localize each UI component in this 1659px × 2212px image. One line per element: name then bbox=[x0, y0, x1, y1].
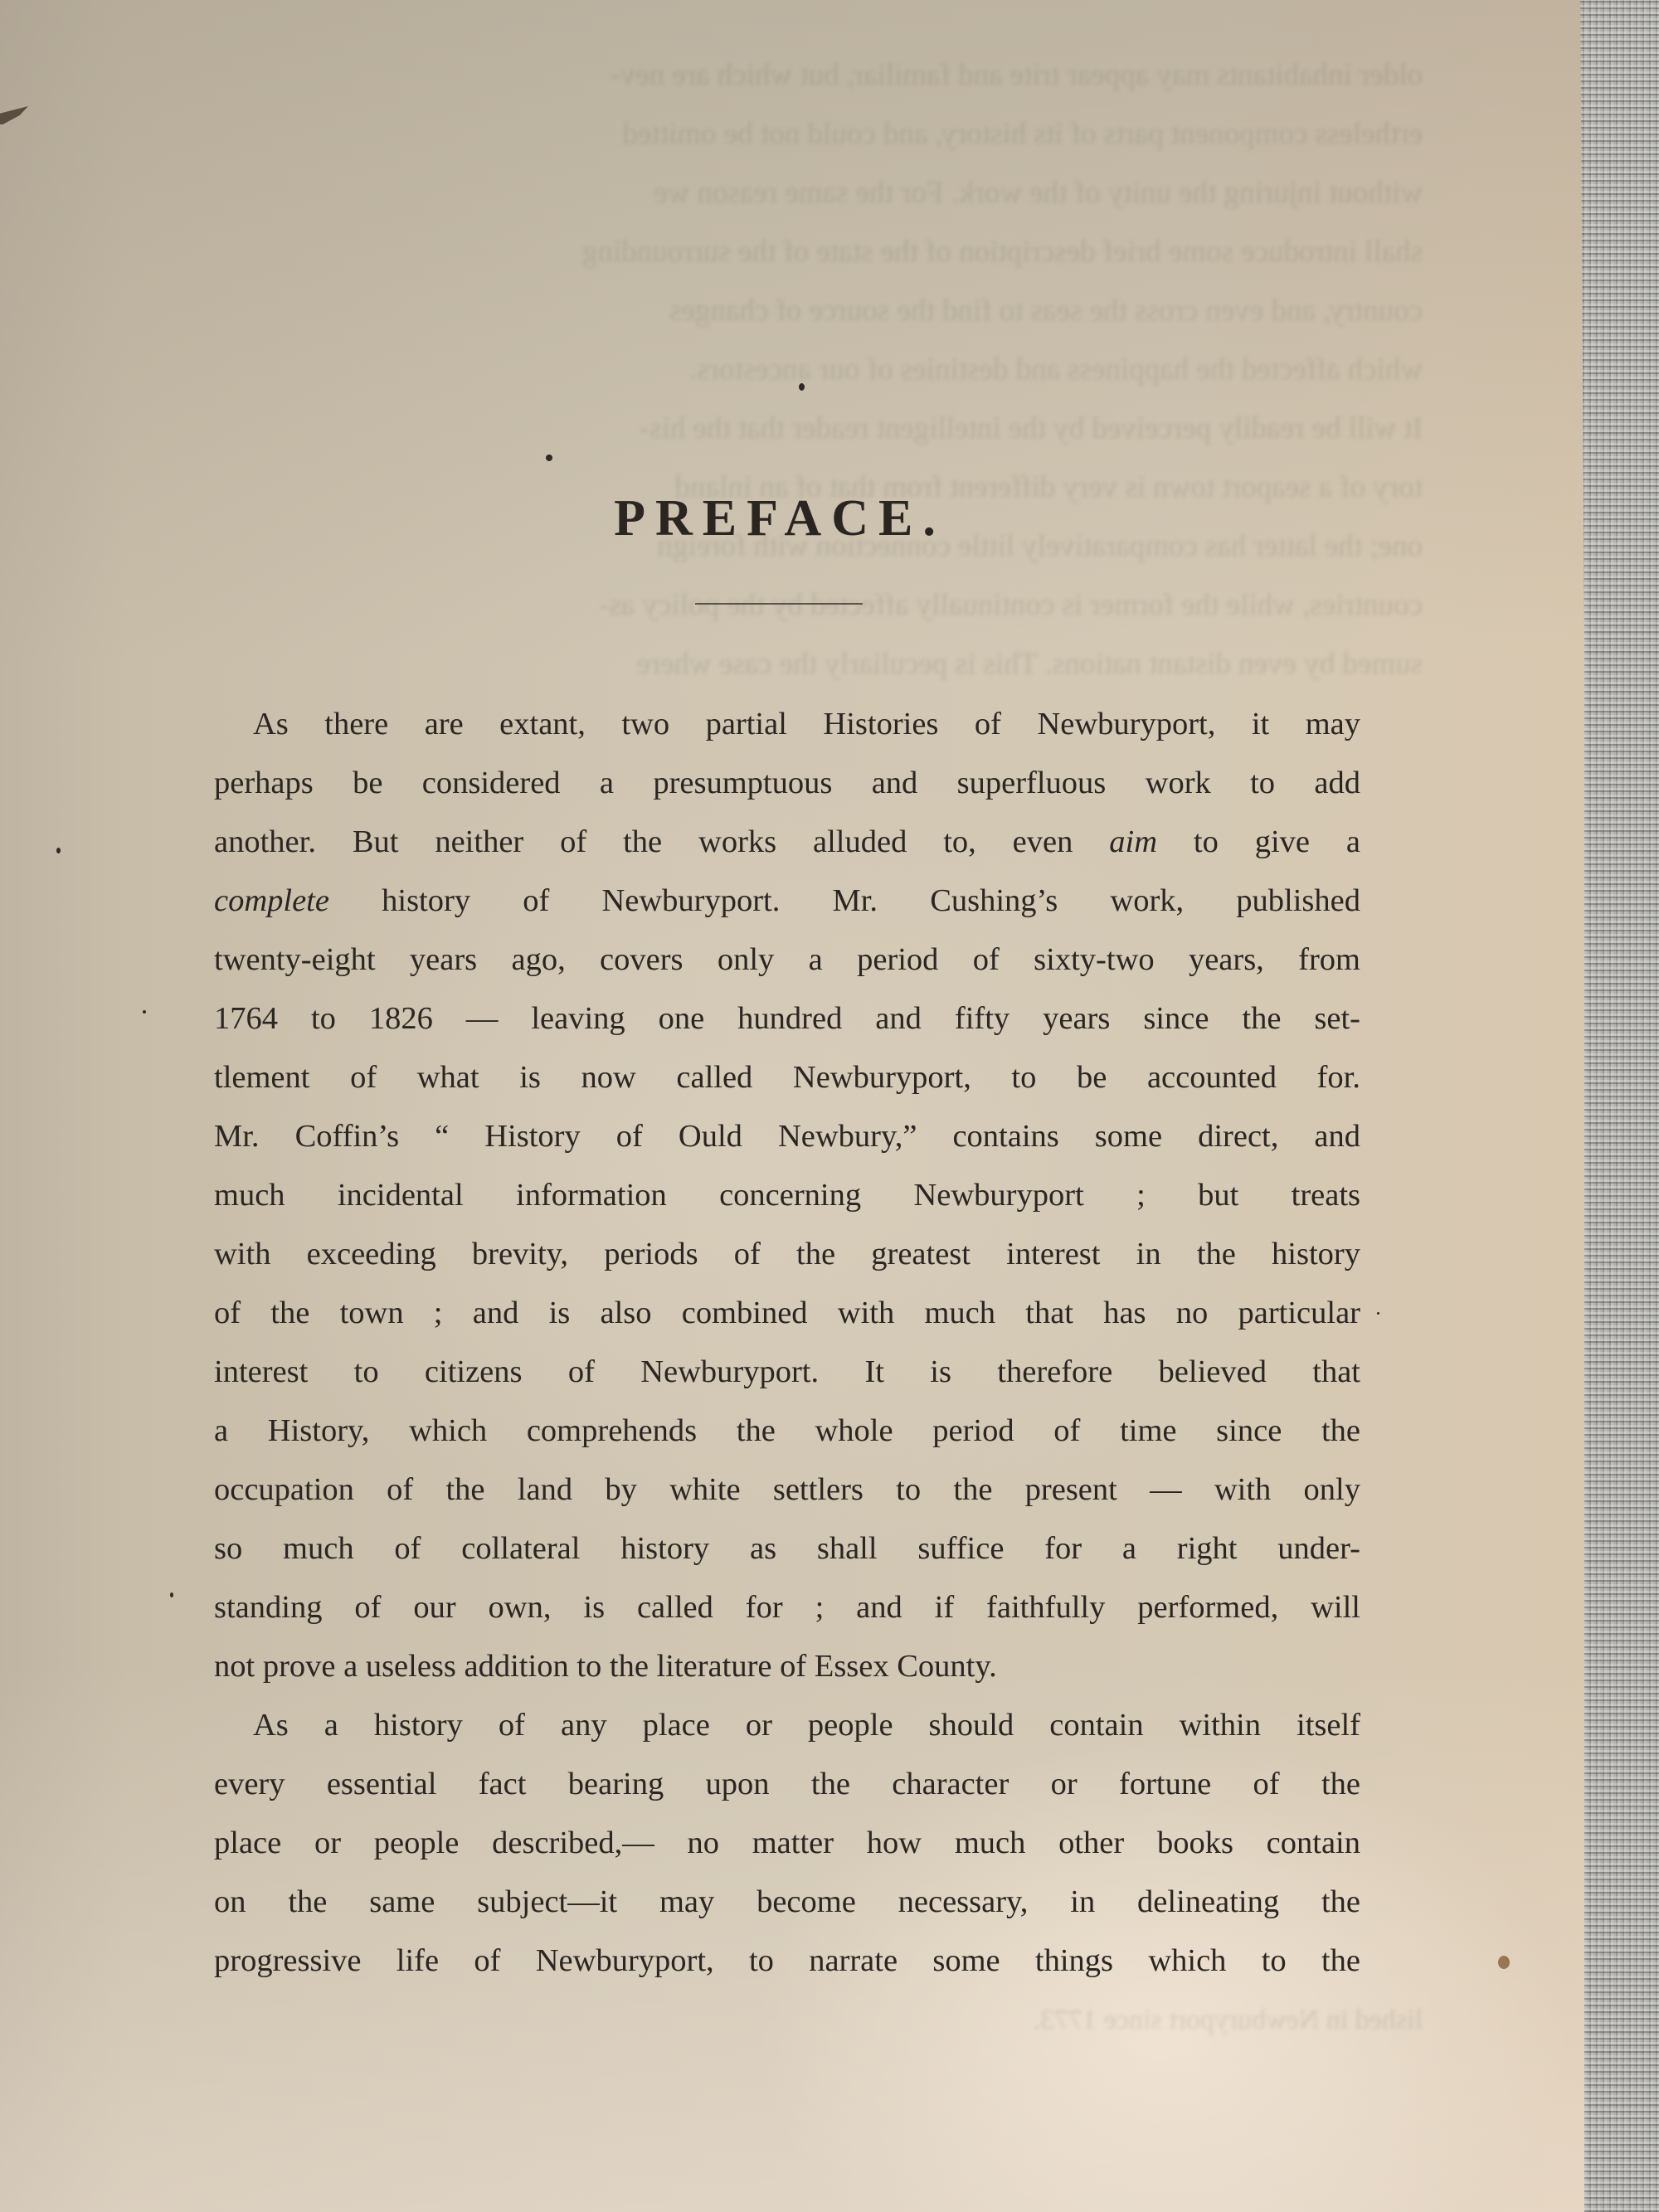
bleed-line: It will be readily perceived by the inte… bbox=[212, 399, 1423, 458]
italic-emphasis: complete bbox=[214, 883, 329, 918]
text-line: twenty-eight years ago, covers only a pe… bbox=[214, 931, 1360, 989]
ink-speck bbox=[1377, 1312, 1379, 1315]
ink-speck bbox=[170, 1592, 173, 1597]
bleed-line: without injuring the unity of the work. … bbox=[212, 163, 1423, 222]
text-line: every essential fact bearing upon the ch… bbox=[214, 1755, 1360, 1814]
text-line: so much of collateral history as shall s… bbox=[214, 1519, 1360, 1578]
text-line: a History, which comprehends the whole p… bbox=[214, 1402, 1360, 1461]
text-line: standing of our own, is called for ; and… bbox=[214, 1578, 1360, 1637]
bleed-line: countries, while the former is continual… bbox=[212, 576, 1423, 634]
text-line: place or people described,— no matter ho… bbox=[214, 1814, 1360, 1873]
bleed-line: sumed by even distant nations. This is p… bbox=[212, 634, 1423, 693]
page-tear-mark bbox=[0, 106, 28, 124]
bleed-line: shall introduce some brief description o… bbox=[212, 222, 1423, 281]
book-page: older inhabitants may appear trite and f… bbox=[0, 0, 1584, 2212]
ink-speck bbox=[799, 383, 805, 391]
bleed-line: older inhabitants may appear trite and f… bbox=[212, 46, 1423, 105]
text-line: another. But neither of the works allude… bbox=[214, 813, 1360, 872]
text-line: with exceeding brevity, periods of the g… bbox=[214, 1225, 1360, 1284]
heading-rule bbox=[695, 603, 863, 605]
cloth-binding bbox=[1576, 0, 1659, 2212]
photo-scene: older inhabitants may appear trite and f… bbox=[0, 0, 1659, 2212]
text-line: complete history of Newburyport. Mr. Cus… bbox=[214, 872, 1360, 931]
text-line: Mr. Coffin’s “ History of Ould Newbury,”… bbox=[214, 1107, 1360, 1166]
bleed-line: ertheless component parts of its history… bbox=[212, 105, 1423, 163]
text-span: another. But neither of the works allude… bbox=[214, 824, 1109, 859]
text-line: occupation of the land by white settlers… bbox=[214, 1461, 1360, 1519]
ink-speck bbox=[546, 455, 552, 461]
ink-speck bbox=[143, 1010, 146, 1014]
text-span: history of Newburyport. Mr. Cushing’s wo… bbox=[382, 883, 1360, 918]
italic-emphasis: aim bbox=[1109, 824, 1157, 859]
text-line: As there are extant, two partial Histori… bbox=[214, 695, 1360, 754]
page-title-text: PREFACE. bbox=[614, 489, 946, 548]
ink-speck bbox=[56, 848, 61, 853]
text-line: much incidental information concerning N… bbox=[214, 1166, 1360, 1225]
text-line: As a history of any place or people shou… bbox=[214, 1696, 1360, 1755]
preface-body: As there are extant, two partial Histori… bbox=[214, 695, 1360, 1991]
foxing-stain bbox=[1498, 1956, 1510, 1969]
text-line: on the same subject—it may become necess… bbox=[214, 1873, 1360, 1932]
page-title: PREFACE. bbox=[0, 489, 1559, 548]
text-line: of the town ; and is also combined with … bbox=[214, 1284, 1360, 1343]
text-line: progressive life of Newburyport, to narr… bbox=[214, 1932, 1360, 1991]
text-line: not prove a useless addition to the lite… bbox=[214, 1637, 1360, 1696]
text-line: 1764 to 1826 — leaving one hundred and f… bbox=[214, 989, 1360, 1048]
bleed-line: lished in Newburyport since 1773. bbox=[212, 1991, 1423, 2049]
text-line: tlement of what is now called Newburypor… bbox=[214, 1048, 1360, 1107]
bleed-line: country, and even cross the seas to find… bbox=[212, 281, 1423, 340]
bleed-through-top: older inhabitants may appear trite and f… bbox=[212, 46, 1423, 693]
text-line: perhaps be considered a presumptuous and… bbox=[214, 754, 1360, 813]
text-line: interest to citizens of Newburyport. It … bbox=[214, 1343, 1360, 1402]
bleed-line: which affected the happiness and destini… bbox=[212, 340, 1423, 399]
text-span: to give a bbox=[1157, 824, 1360, 859]
bleed-through-bottom: lished in Newburyport since 1773. bbox=[212, 1991, 1423, 2049]
